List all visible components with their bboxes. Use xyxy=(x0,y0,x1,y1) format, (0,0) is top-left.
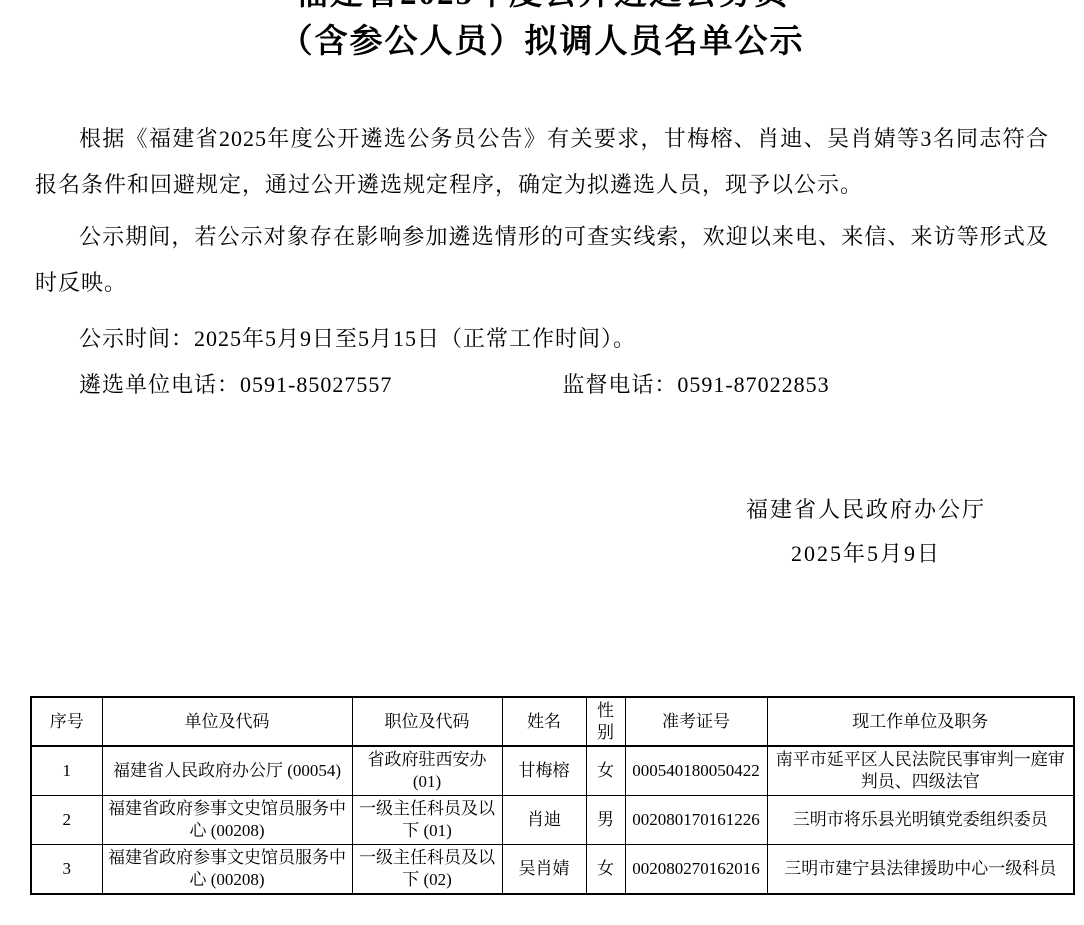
header-cell-ticket-number: 准考证号 xyxy=(625,697,767,746)
signature-block: 福建省人民政府办公厅 2025年5月9日 xyxy=(701,488,1031,576)
cell-ticket-number: 002080270162016 xyxy=(625,845,767,895)
header-cell-current-unit: 现工作单位及职务 xyxy=(767,697,1074,746)
phone-selection-unit: 遴选单位电话：0591-85027557 xyxy=(79,372,392,397)
table-row: 2 福建省政府参事文史馆员服务中心 (00208) 一级主任科员及以下 (01)… xyxy=(31,796,1074,845)
paragraph-intro: 根据《福建省2025年度公开遴选公务员公告》有关要求，甘梅榕、肖迪、吴肖婧等3名… xyxy=(35,116,1049,208)
signature-organization: 福建省人民政府办公厅 xyxy=(701,488,1031,532)
cell-position-code: 一级主任科员及以下 (02) xyxy=(352,845,502,895)
cell-unit-code: 福建省人民政府办公厅 (00054) xyxy=(102,746,352,796)
candidate-roster-table: 序号 单位及代码 职位及代码 姓名 性别 准考证号 现工作单位及职务 1 福建省… xyxy=(30,696,1075,895)
document-title: 福建省2025年度公开遴选公务员 （含参公人员）拟调人员名单公示 xyxy=(35,0,1049,66)
table-row: 3 福建省政府参事文史馆员服务中心 (00208) 一级主任科员及以下 (02)… xyxy=(31,845,1074,895)
signature-date: 2025年5月9日 xyxy=(701,532,1031,576)
header-cell-gender: 性别 xyxy=(586,697,625,746)
cell-unit-code: 福建省政府参事文史馆员服务中心 (00208) xyxy=(102,796,352,845)
table-row: 1 福建省人民政府办公厅 (00054) 省政府驻西安办 (01) 甘梅榕 女 … xyxy=(31,746,1074,796)
cell-gender: 女 xyxy=(586,746,625,796)
cell-serial: 2 xyxy=(31,796,102,845)
header-cell-name: 姓名 xyxy=(502,697,586,746)
phone-supervision: 监督电话：0591-87022853 xyxy=(562,372,829,397)
document-page: 福建省2025年度公开遴选公务员 （含参公人员）拟调人员名单公示 根据《福建省2… xyxy=(0,0,1084,895)
cell-ticket-number: 000540180050422 xyxy=(625,746,767,796)
cell-current-unit: 三明市将乐县光明镇党委组织委员 xyxy=(767,796,1074,845)
cell-current-unit: 三明市建宁县法律援助中心一级科员 xyxy=(767,845,1074,895)
cell-unit-code: 福建省政府参事文史馆员服务中心 (00208) xyxy=(102,845,352,895)
header-cell-position-code: 职位及代码 xyxy=(352,697,502,746)
cell-ticket-number: 002080170161226 xyxy=(625,796,767,845)
cell-serial: 3 xyxy=(31,845,102,895)
document-title-line2: （含参公人员）拟调人员名单公示 xyxy=(35,18,1049,66)
header-cell-serial: 序号 xyxy=(31,697,102,746)
cell-position-code: 省政府驻西安办 (01) xyxy=(352,746,502,796)
cell-current-unit: 南平市延平区人民法院民事审判一庭审判员、四级法官 xyxy=(767,746,1074,796)
cell-position-code: 一级主任科员及以下 (01) xyxy=(352,796,502,845)
header-cell-unit-code: 单位及代码 xyxy=(102,697,352,746)
paragraph-publicity-period: 公示时间：2025年5月9日至5月15日（正常工作时间）。 xyxy=(35,316,1049,362)
cell-name: 甘梅榕 xyxy=(502,746,586,796)
paragraph-feedback: 公示期间，若公示对象存在影响参加遴选情形的可查实线索，欢迎以来电、来信、来访等形… xyxy=(35,214,1049,306)
cell-gender: 女 xyxy=(586,845,625,895)
table-header-row: 序号 单位及代码 职位及代码 姓名 性别 准考证号 现工作单位及职务 xyxy=(31,697,1074,746)
cell-serial: 1 xyxy=(31,746,102,796)
cell-name: 肖迪 xyxy=(502,796,586,845)
cell-gender: 男 xyxy=(586,796,625,845)
document-title-line1: 福建省2025年度公开遴选公务员 xyxy=(35,0,1049,18)
phone-line: 遴选单位电话：0591-85027557监督电话：0591-87022853 xyxy=(35,362,1049,408)
cell-name: 吴肖婧 xyxy=(502,845,586,895)
